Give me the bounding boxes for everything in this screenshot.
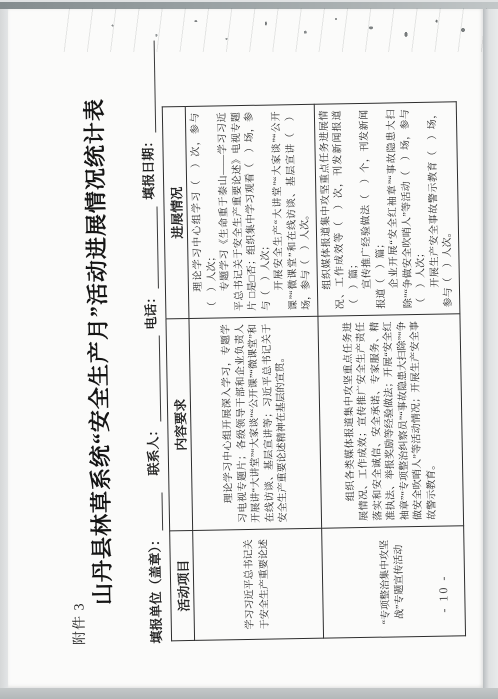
cell-progress-row2: 组织媒体报道集中攻坚重点任务进展情况、工作成效等（ ）次，刊发新闻报道（ ）篇；…: [313, 101, 459, 315]
scan-edge-right: [483, 9, 498, 690]
document-title: 山丹县林草系统“安全生产月”活动进展情况统计表: [76, 10, 119, 692]
field-reporting-unit: 填报单位（盖章）：: [143, 492, 165, 643]
field-label-report-date: 填报日期：: [140, 134, 156, 199]
cell-progress-row1: 理论学习中心组学习（ ）次，参与（ ）人次；专题学习《生命重于泰山——学习习近平…: [185, 104, 317, 318]
col-header-activity-project: 活动项目: [169, 530, 194, 640]
rotated-document: 附件 3 山丹县林草系统“安全生产月”活动进展情况统计表 填报单位（盖章）： 联…: [2, 3, 490, 693]
col-header-progress-status: 进展情况: [162, 106, 189, 318]
field-phone: 电话：: [138, 206, 159, 329]
cell-requirements-row2: 组织各类媒体报道集中攻坚重点任务进展情况、工作成效；宣传推广安全生产责任落实和安…: [317, 313, 463, 527]
statistics-table: 活动项目 内容要求 进展情况 学习习近平总书记关于安全生产重要论述 理论学习中心…: [161, 101, 465, 641]
field-label-reporting-unit: 填报单位（盖章）：: [147, 532, 164, 643]
cell-project-row1: 学习习近平总书记关于安全生产重要论述: [192, 528, 322, 640]
col-header-content-requirements: 内容要求: [165, 318, 192, 530]
table-row: “专项整治集中攻坚战”专题宣传活动 组织各类媒体报道集中攻坚重点任务进展情况、工…: [313, 101, 464, 637]
document-page: 附件 3 山丹县林草系统“安全生产月”活动进展情况统计表 填报单位（盖章）： 联…: [8, 9, 483, 688]
blank-line-phone: [143, 206, 158, 288]
page-number: - 10 -: [435, 574, 451, 612]
blank-line-report-date: [140, 40, 156, 132]
field-contact: 联系人：: [140, 335, 161, 475]
scan-edge-bottom: [0, 688, 498, 699]
table-row: 学习习近平总书记关于安全生产重要论述 理论学习中心组开展深入学习，专题学习电视专…: [185, 104, 323, 640]
field-report-date: 填报日期：: [135, 40, 157, 199]
blank-line-contact: [145, 335, 160, 421]
field-label-contact: 联系人：: [145, 423, 161, 475]
blank-line-reporting-unit: [148, 492, 163, 530]
field-label-phone: 电话：: [142, 290, 158, 329]
cell-requirements-row1: 理论学习中心组开展深入学习，专题学习电视专题片；各级领导干部和企业负责人开展讲“…: [188, 316, 320, 530]
